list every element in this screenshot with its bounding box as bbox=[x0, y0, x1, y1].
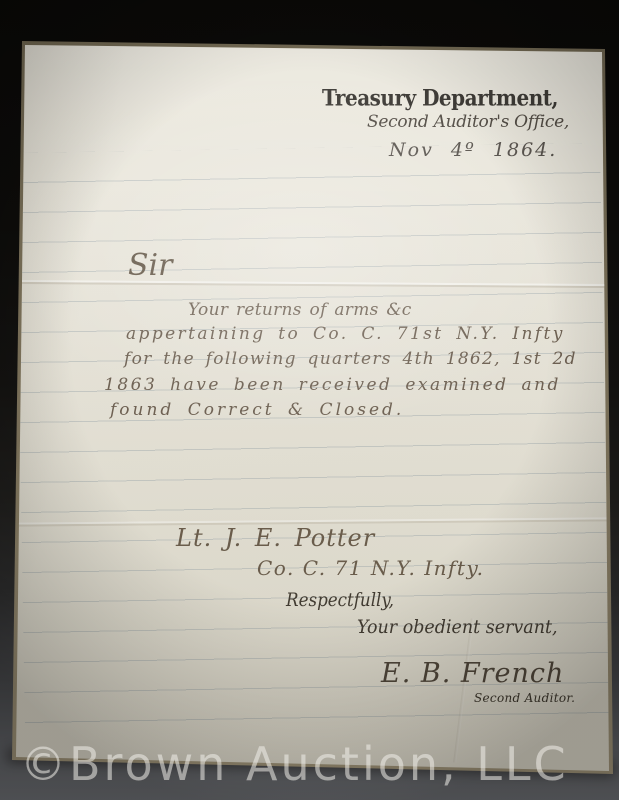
letter-date: Nov 4º 1864. bbox=[389, 139, 557, 161]
addressee-unit: Co. C. 71 N.Y. Infty. bbox=[257, 556, 484, 580]
closing-respectfully: Respectfully, bbox=[286, 589, 394, 611]
body-line-4: 1863 have been received examined and bbox=[104, 375, 561, 395]
closing-obedient-servant: Your obedient servant, bbox=[357, 616, 558, 638]
signature-title: Second Auditor. bbox=[474, 691, 575, 705]
body-line-2: appertaining to Co. C. 71st N.Y. Infty bbox=[126, 324, 565, 344]
body-line-3: for the following quarters 4th 1862, 1st… bbox=[124, 349, 577, 369]
auction-photo: Treasury Department, Second Auditor's Of… bbox=[0, 0, 619, 800]
watermark-text: ©Brown Auction, LLC bbox=[20, 737, 569, 791]
letterhead-department: Treasury Department, bbox=[322, 84, 558, 111]
signature-name: E. B. French bbox=[381, 658, 564, 689]
body-line-5: found Correct & Closed. bbox=[110, 400, 404, 420]
letterhead-office: Second Auditor's Office, bbox=[367, 112, 569, 132]
addressee-name: Lt. J. E. Potter bbox=[176, 524, 375, 552]
ruled-lines bbox=[15, 143, 610, 733]
body-line-1: Your returns of arms &c bbox=[188, 300, 412, 320]
letter-document: Treasury Department, Second Auditor's Of… bbox=[0, 0, 619, 800]
salutation: Sir bbox=[128, 248, 173, 283]
